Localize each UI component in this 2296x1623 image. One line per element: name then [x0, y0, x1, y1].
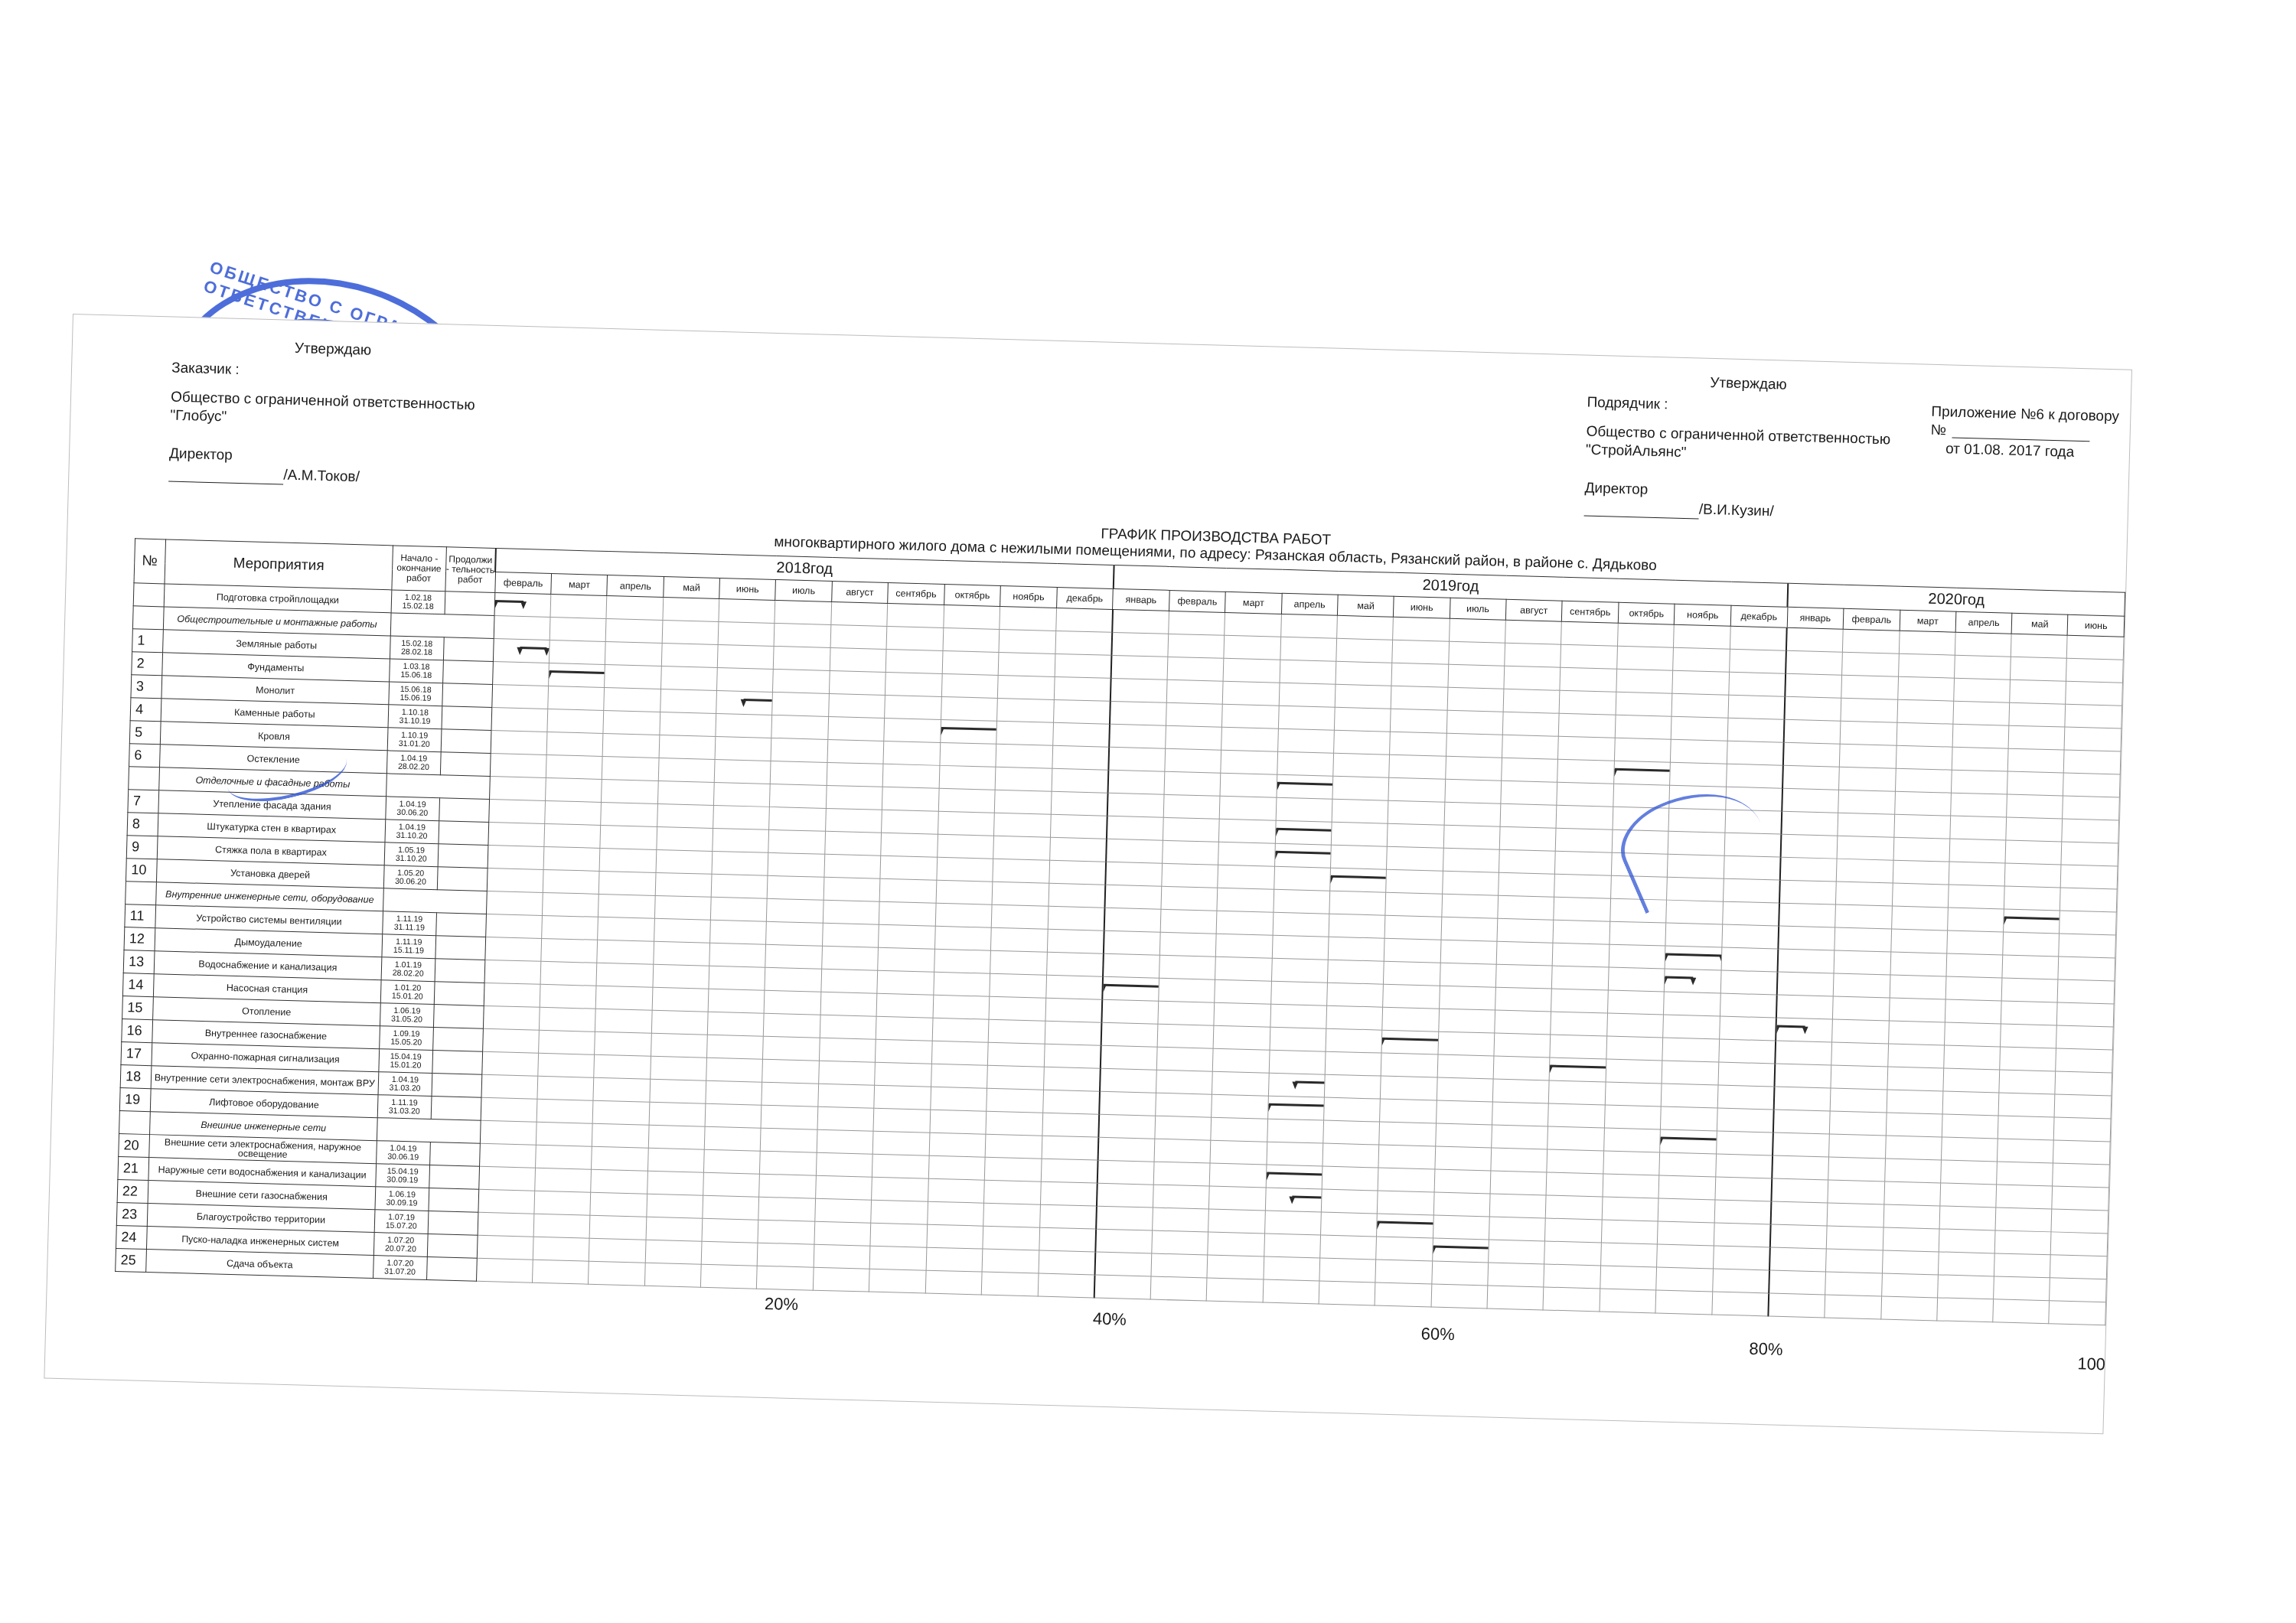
- timeline-cell: [814, 1244, 870, 1269]
- timeline-cell: [2058, 979, 2115, 1004]
- timeline-cell: [1494, 1033, 1551, 1058]
- timeline-cell: [1207, 1278, 1264, 1302]
- timeline-cell: [996, 721, 1053, 745]
- timeline-cell: [817, 1106, 874, 1131]
- timeline-cell: [494, 593, 551, 618]
- timeline-cell: [1723, 878, 1779, 903]
- task-dates: 1.04.1928.02.20: [386, 751, 441, 775]
- month-header: январь: [1787, 607, 1844, 629]
- timeline-cell: [1880, 1296, 1937, 1321]
- timeline-cell: [1436, 1100, 1492, 1125]
- timeline-cell: [1040, 1181, 1097, 1206]
- timeline-cell: [1948, 885, 2004, 909]
- timeline-cell: [1656, 1267, 1713, 1292]
- timeline-cell: [1544, 1241, 1601, 1266]
- timeline-cell: [827, 762, 883, 787]
- task-bar: [1661, 1137, 1717, 1147]
- timeline-cell: [1108, 747, 1165, 771]
- task-number: 21: [118, 1157, 149, 1181]
- task-bar: [1296, 1081, 1326, 1097]
- timeline-cell: [1723, 901, 1779, 926]
- timeline-cell: [656, 849, 713, 874]
- timeline-cell: [1499, 849, 1555, 874]
- timeline-cell: [1831, 1042, 1888, 1067]
- timeline-cell: [1152, 1207, 1208, 1232]
- timeline-cell: [1433, 1215, 1489, 1240]
- timeline-cell: [1614, 738, 1671, 762]
- timeline-cell: [603, 733, 660, 758]
- month-header: февраль: [494, 572, 551, 595]
- timeline-cell: [1779, 903, 1835, 927]
- timeline-cell: [1153, 1162, 1210, 1186]
- timeline-cell: [2056, 1048, 2112, 1073]
- timeline-cell: [1775, 1064, 1831, 1088]
- timeline-cell: [715, 736, 771, 761]
- timeline-cell: [545, 800, 602, 825]
- timeline-cell: [707, 1035, 764, 1059]
- timeline-cell: [1332, 799, 1388, 823]
- timeline-cell: [1038, 1273, 1094, 1298]
- timeline-cell: [1502, 758, 1558, 782]
- timeline-cell: [1489, 1194, 1546, 1218]
- month-header: июнь: [719, 578, 776, 600]
- task-end-date: 31.11.19: [383, 923, 435, 933]
- timeline-cell: [593, 1077, 650, 1102]
- task-bar: [1275, 851, 1331, 868]
- timeline-cell: [1881, 1273, 1938, 1298]
- timeline-cell: [1052, 768, 1108, 793]
- timeline-cell: [1278, 706, 1335, 730]
- timeline-cell: [828, 693, 885, 718]
- timeline-cell: [1152, 1230, 1208, 1255]
- timeline-cell: [1886, 1113, 1942, 1137]
- task-duration: [432, 1051, 483, 1075]
- timeline-cell: [589, 1261, 645, 1286]
- timeline-cell: [536, 1145, 592, 1169]
- timeline-cell: [2056, 1025, 2113, 1050]
- timeline-cell: [760, 1151, 817, 1175]
- timeline-cell: [1955, 632, 2011, 657]
- timeline-cell: [1384, 938, 1441, 963]
- timeline-cell: [1159, 932, 1216, 957]
- timeline-cell: [1326, 1005, 1383, 1030]
- task-duration: [439, 821, 489, 846]
- document-sheet: Утверждаю Заказчик : Общество с ограниче…: [44, 314, 2132, 1434]
- timeline-cell: [939, 765, 996, 790]
- timeline-cell: [1332, 776, 1389, 800]
- timeline-cell: [1949, 839, 2006, 863]
- task-end-date: 31.07.20: [373, 1267, 426, 1277]
- month-header: апрель: [1955, 611, 2012, 634]
- timeline-cell: [540, 984, 596, 1009]
- timeline-cell: [1662, 1038, 1719, 1062]
- timeline-cell: [549, 663, 605, 688]
- timeline-cell: [830, 647, 886, 672]
- timeline-cell: [645, 1240, 702, 1264]
- timeline-cell: [1280, 637, 1337, 661]
- timeline-cell: [1773, 1133, 1829, 1157]
- timeline-cell: [489, 776, 546, 800]
- section-dates-cell: [390, 613, 494, 639]
- month-header: март: [551, 574, 608, 596]
- task-duration: [435, 959, 485, 983]
- progress-mark: 20%: [765, 1294, 799, 1315]
- timeline-cell: [764, 990, 820, 1015]
- timeline-cell: [1829, 1134, 1886, 1159]
- timeline-cell: [995, 790, 1052, 814]
- task-duration: [429, 1142, 480, 1167]
- timeline-cell: [1835, 904, 1892, 929]
- task-duration: [443, 637, 494, 662]
- timeline-cell: [647, 1171, 704, 1195]
- timeline-cell: [1330, 868, 1387, 892]
- timeline-cell: [816, 1152, 872, 1177]
- timeline-cell: [1049, 860, 1106, 885]
- timeline-cell: [1712, 1292, 1769, 1316]
- timeline-cell: [1947, 908, 2004, 932]
- timeline-cell: [1041, 1159, 1097, 1183]
- timeline-cell: [991, 927, 1048, 952]
- task-dates: 15.04.1915.01.20: [379, 1049, 433, 1074]
- timeline-cell: [1674, 624, 1730, 649]
- timeline-cell: [1998, 1093, 2055, 1117]
- timeline-cell: [931, 1041, 988, 1065]
- timeline-cell: [935, 903, 992, 927]
- timeline-cell: [869, 1246, 926, 1270]
- timeline-cell: [1614, 761, 1671, 785]
- timeline-cell: [488, 799, 545, 823]
- timeline-cell: [539, 1030, 595, 1054]
- task-bar: [941, 727, 996, 744]
- timeline-cell: [590, 1215, 647, 1240]
- month-header: декабрь: [1056, 587, 1113, 609]
- timeline-cell: [550, 640, 606, 665]
- timeline-cell: [533, 1237, 590, 1261]
- timeline-cell: [1776, 1018, 1832, 1042]
- timeline-cell: [772, 692, 829, 716]
- timeline-cell: [1216, 934, 1273, 958]
- timeline-cell: [1321, 1212, 1378, 1237]
- timeline-cell: [479, 1143, 536, 1168]
- timeline-cell: [1941, 1137, 1998, 1162]
- timeline-cell: [982, 1249, 1039, 1273]
- timeline-cell: [1385, 892, 1442, 917]
- timeline-cell: [1557, 759, 1614, 784]
- timeline-cell: [1953, 701, 2010, 725]
- timeline-cell: [985, 1157, 1042, 1181]
- timeline-cell: [775, 600, 831, 624]
- timeline-cell: [1998, 1116, 2055, 1140]
- timeline-cell: [1161, 886, 1218, 911]
- timeline-cell: [712, 851, 768, 875]
- timeline-cell: [1440, 963, 1496, 987]
- timeline-cell: [1777, 972, 1834, 996]
- timeline-cell: [1951, 770, 2007, 794]
- timeline-cell: [831, 601, 888, 626]
- task-dates: 1.07.2020.07.20: [373, 1233, 428, 1257]
- task-number: 9: [126, 836, 158, 859]
- task-dates: 15.06.1815.06.19: [389, 682, 443, 706]
- timeline-cell: [1271, 958, 1328, 983]
- timeline-cell: [1883, 1227, 1939, 1252]
- timeline-cell: [765, 944, 822, 969]
- timeline-cell: [1110, 678, 1167, 702]
- timeline-cell: [942, 650, 999, 675]
- timeline-cell: [1158, 1001, 1215, 1025]
- timeline-cell: [1381, 1076, 1437, 1100]
- timeline-cell: [1097, 1137, 1154, 1162]
- timeline-cell: [1554, 874, 1611, 898]
- timeline-cell: [1110, 655, 1167, 680]
- timeline-cell: [770, 784, 827, 808]
- timeline-cell: [932, 1018, 989, 1042]
- month-header: август: [831, 581, 888, 603]
- timeline-cell: [2001, 1024, 2057, 1048]
- timeline-cell: [1097, 1160, 1154, 1185]
- timeline-cell: [1609, 921, 1666, 946]
- timeline-cell: [1321, 1189, 1378, 1214]
- timeline-cell: [488, 822, 545, 846]
- timeline-cell: [1944, 1045, 2001, 1070]
- timeline-cell: [765, 967, 821, 992]
- header-event: Мероприятия: [165, 539, 393, 590]
- task-dates: 1.05.1931.10.20: [384, 842, 439, 867]
- timeline-cell: [771, 761, 827, 785]
- timeline-cell: [984, 1180, 1041, 1204]
- timeline-cell: [651, 1010, 708, 1035]
- task-duration: [433, 1005, 484, 1029]
- timeline-cell: [606, 619, 663, 644]
- timeline-cell: [1098, 1114, 1155, 1139]
- timeline-cell: [1324, 1097, 1381, 1122]
- timeline-cell: [1045, 1021, 1101, 1045]
- task-number: 1: [132, 629, 164, 653]
- timeline-cell: [543, 869, 599, 894]
- timeline-cell: [1557, 782, 1613, 807]
- timeline-cell: [1444, 802, 1501, 826]
- timeline-cell: [1606, 1036, 1663, 1061]
- timeline-cell: [1782, 765, 1839, 790]
- timeline-cell: [1670, 762, 1727, 787]
- timeline-cell: [1994, 1253, 2051, 1278]
- task-duration: [445, 592, 495, 616]
- timeline-cell: [2060, 888, 2117, 912]
- timeline-cell: [1713, 1246, 1769, 1270]
- timeline-cell: [1270, 1004, 1327, 1028]
- timeline-cell: [1150, 1276, 1207, 1301]
- timeline-cell: [2053, 1140, 2110, 1165]
- task-duration: [442, 706, 492, 731]
- timeline-cell: [1101, 999, 1158, 1024]
- task-dates: 1.11.1915.11.19: [382, 934, 436, 959]
- timeline-cell: [1039, 1227, 1096, 1252]
- timeline-cell: [540, 1007, 596, 1031]
- timeline-cell: [600, 825, 657, 849]
- timeline-cell: [1042, 1090, 1099, 1114]
- timeline-cell: [1214, 1002, 1270, 1027]
- timeline-cell: [714, 759, 771, 784]
- timeline-cell: [1322, 1143, 1379, 1168]
- timeline-cell: [1046, 952, 1103, 976]
- timeline-cell: [1546, 1172, 1603, 1197]
- task-end-date: 15.11.19: [382, 946, 435, 956]
- timeline-cell: [1105, 862, 1162, 886]
- task-duration: [435, 936, 486, 960]
- timeline-cell: [1487, 1286, 1544, 1310]
- timeline-cell: [876, 1016, 932, 1041]
- timeline-cell: [1159, 955, 1215, 979]
- timeline-cell: [1559, 690, 1616, 715]
- task-dates: 1.06.1930.09.19: [375, 1187, 429, 1211]
- timeline-cell: [1102, 976, 1159, 1001]
- timeline-cell: [881, 833, 938, 857]
- timeline-cell: [1049, 837, 1106, 862]
- timeline-cell: [870, 1223, 927, 1247]
- timeline-cell: [1264, 1211, 1321, 1235]
- timeline-cell: [1440, 940, 1497, 964]
- timeline-cell: [1825, 1295, 1881, 1319]
- timeline-cell: [1391, 686, 1447, 710]
- timeline-cell: [879, 924, 935, 949]
- timeline-cell: [1327, 983, 1384, 1007]
- timeline-cell: [1378, 1191, 1434, 1215]
- timeline-cell: [1166, 702, 1222, 727]
- timeline-cell: [1055, 653, 1111, 678]
- timeline-cell: [1896, 745, 1952, 770]
- timeline-cell: [1495, 964, 1552, 989]
- timeline-cell: [486, 891, 543, 915]
- timeline-cell: [701, 1241, 758, 1266]
- timeline-cell: [874, 1085, 931, 1110]
- timeline-cell: [537, 1076, 594, 1100]
- timeline-cell: [1446, 710, 1503, 735]
- timeline-cell: [600, 848, 657, 872]
- timeline-cell: [1838, 813, 1894, 837]
- timeline-cell: [604, 687, 660, 712]
- timeline-cell: [1560, 667, 1616, 692]
- month-header: январь: [1113, 588, 1169, 611]
- timeline-cell: [1768, 1293, 1825, 1318]
- timeline-cell: [1952, 724, 2009, 748]
- timeline-cell: [1713, 1269, 1769, 1293]
- timeline-cell: [605, 664, 661, 689]
- timeline-cell: [548, 686, 605, 710]
- timeline-cell: [1543, 1287, 1600, 1312]
- timeline-cell: [1838, 767, 1895, 791]
- progress-mark: 40%: [1092, 1309, 1127, 1330]
- timeline-cell: [703, 1195, 759, 1220]
- timeline-cell: [1097, 1183, 1153, 1207]
- month-header: май: [1338, 595, 1394, 617]
- timeline-cell: [1046, 975, 1103, 999]
- timeline-cell: [1558, 736, 1615, 761]
- timeline-cell: [1662, 1061, 1719, 1085]
- timeline-cell: [1555, 828, 1612, 852]
- timeline-cell: [1387, 846, 1443, 871]
- timeline-cell: [591, 1169, 647, 1194]
- timeline-cell: [1431, 1261, 1488, 1286]
- timeline-cell: [1217, 911, 1274, 935]
- timeline-cell: [2065, 704, 2122, 728]
- timeline-cell: [1492, 1079, 1549, 1103]
- timeline-cell: [1379, 1122, 1436, 1146]
- task-bar: [1777, 1025, 1805, 1028]
- timeline-cell: [1168, 634, 1225, 658]
- task-duration: [438, 844, 488, 869]
- timeline-cell: [533, 1214, 590, 1238]
- task-end-date: 30.06.19: [377, 1152, 429, 1162]
- timeline-cell: [1945, 999, 2001, 1024]
- timeline-cell: [709, 943, 766, 967]
- task-duration: [431, 1097, 481, 1121]
- timeline-cell: [873, 1108, 930, 1133]
- timeline-cell: [485, 914, 542, 938]
- task-number: 19: [119, 1088, 151, 1112]
- timeline-cell: [706, 1080, 762, 1105]
- timeline-cell: [1112, 609, 1169, 634]
- month-header: апрель: [607, 575, 664, 598]
- timeline-cell: [1603, 1174, 1659, 1198]
- timeline-cell: [762, 1082, 818, 1106]
- task-end-date: 15.06.19: [389, 693, 442, 703]
- timeline-cell: [1328, 960, 1384, 984]
- timeline-cell: [649, 1102, 706, 1126]
- timeline-cell: [1492, 1125, 1548, 1149]
- timeline-cell: [1322, 1166, 1378, 1191]
- timeline-cell: [817, 1129, 873, 1154]
- timeline-cell: [2054, 1117, 2111, 1142]
- timeline-cell: [1833, 973, 1890, 998]
- timeline-cell: [872, 1131, 929, 1155]
- section-number-cell: [132, 606, 164, 630]
- timeline-cell: [1673, 647, 1730, 672]
- timeline-cell: [1895, 768, 1952, 793]
- timeline-cell: [1549, 1080, 1606, 1105]
- timeline-cell: [703, 1172, 760, 1197]
- task-end-date: 31.10.20: [385, 854, 438, 864]
- timeline-cell: [2059, 934, 2115, 958]
- timeline-cell: [1223, 658, 1280, 683]
- timeline-cell: [1326, 1028, 1382, 1053]
- timeline-cell: [1617, 646, 1674, 670]
- timeline-cell: [1319, 1258, 1376, 1282]
- task-number: 25: [116, 1248, 147, 1272]
- timeline-cell: [2066, 658, 2123, 683]
- timeline-cell: [1094, 1252, 1151, 1276]
- month-header: ноябрь: [1675, 604, 1731, 626]
- timeline-cell: [705, 1103, 762, 1128]
- timeline-cell: [937, 857, 993, 882]
- timeline-cell: [1164, 771, 1221, 796]
- timeline-cell: [1552, 966, 1609, 990]
- timeline-cell: [1666, 900, 1723, 924]
- timeline-cell: [654, 895, 711, 920]
- timeline-cell: [1500, 803, 1557, 828]
- timeline-cell: [1663, 1015, 1720, 1039]
- progress-mark: 80%: [1749, 1339, 1783, 1360]
- timeline-cell: [1221, 750, 1277, 774]
- timeline-cell: [1729, 672, 1786, 696]
- section-number-cell: [126, 882, 157, 905]
- timeline-cell: [1392, 640, 1449, 664]
- timeline-cell: [707, 1012, 764, 1036]
- timeline-cell: [541, 938, 598, 963]
- timeline-cell: [1561, 644, 1617, 669]
- timeline-cell: [481, 1097, 537, 1122]
- timeline-cell: [704, 1149, 761, 1174]
- timeline-cell: [1601, 1220, 1658, 1244]
- timeline-cell: [713, 805, 770, 829]
